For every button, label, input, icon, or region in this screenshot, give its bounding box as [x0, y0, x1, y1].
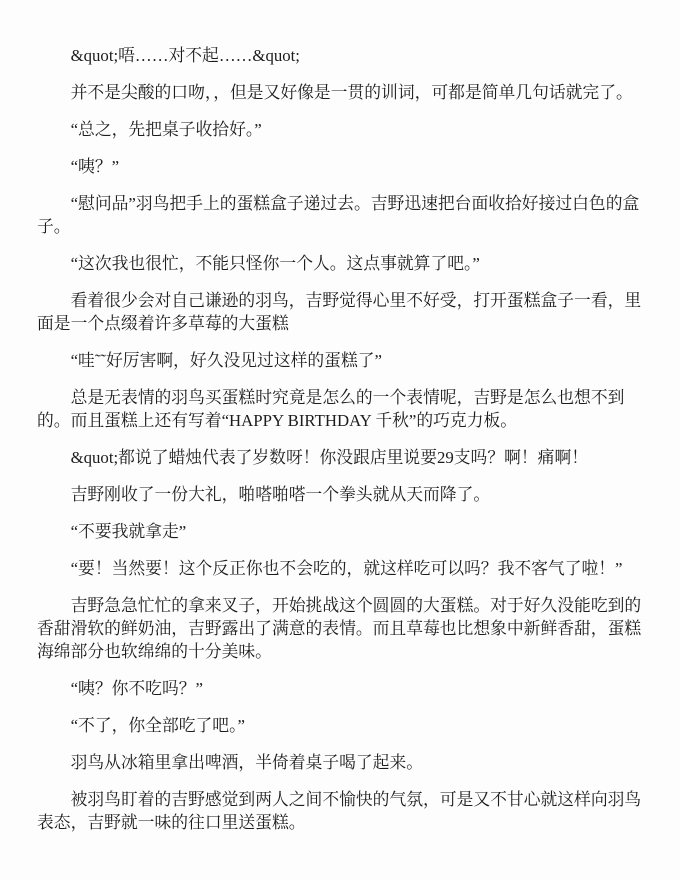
story-paragraph: “要！当然要！这个反正你也不会吃的，就这样吃可以吗？我不客气了啦！” — [37, 557, 645, 580]
story-paragraph: “总之，先把桌子收拾好。” — [37, 118, 645, 141]
story-paragraph: 被羽鸟盯着的吉野感觉到两人之间不愉快的气氛，可是又不甘心就这样向羽鸟表态，吉野就… — [37, 788, 645, 834]
story-paragraph: “慰问品”羽鸟把手上的蛋糕盒子递过去。吉野迅速把台面收拾好接过白色的盒子。 — [37, 192, 645, 238]
story-paragraph: “不了，你全部吃了吧。” — [37, 714, 645, 737]
story-paragraph: 羽鸟从冰箱里拿出啤酒，半倚着桌子喝了起来。 — [37, 751, 645, 774]
story-paragraph: &quot;唔……对不起……&quot; — [37, 44, 645, 67]
story-paragraph: 吉野刚收了一份大礼，啪嗒啪嗒一个拳头就从天而降了。 — [37, 483, 645, 506]
story-paragraph: “这次我也很忙，不能只怪你一个人。这点事就算了吧。” — [37, 252, 645, 275]
story-paragraph: “哇˜˜好厉害啊，好久没见过这样的蛋糕了” — [37, 349, 645, 372]
story-paragraph: 并不是尖酸的口吻，，但是又好像是一贯的训词，可都是简单几句话就完了。 — [37, 81, 645, 104]
story-paragraph: 看着很少会对自己谦逊的羽鸟，吉野觉得心里不好受，打开蛋糕盒子一看，里面是一个点缀… — [37, 289, 645, 335]
story-paragraph: “不要我就拿走” — [37, 520, 645, 543]
document-page: &quot;唔……对不起……&quot; 并不是尖酸的口吻，，但是又好像是一贯的… — [0, 0, 680, 880]
story-paragraph: “咦？” — [37, 155, 645, 178]
story-paragraph: &quot;都说了蜡烛代表了岁数呀！你没跟店里说要29支吗？啊！痛啊！ — [37, 446, 645, 469]
story-paragraph: 吉野急急忙忙的拿来叉子，开始挑战这个圆圆的大蛋糕。对于好久没能吃到的香甜滑软的鲜… — [37, 594, 645, 663]
story-paragraph: “咦？你不吃吗？” — [37, 677, 645, 700]
story-paragraph: 总是无表情的羽鸟买蛋糕时究竟是怎么的一个表情呢，吉野是怎么也想不到的。而且蛋糕上… — [37, 386, 645, 432]
